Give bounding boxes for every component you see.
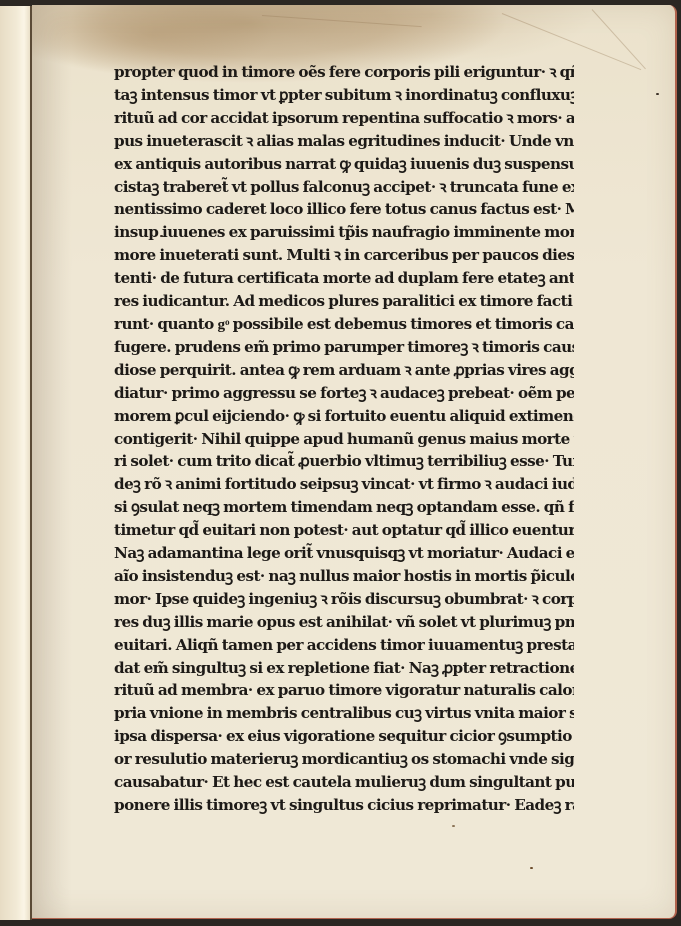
facing-page-edge <box>0 6 32 920</box>
text-line-20: si ꝯsulat neqꝫ mortem timendam neqꝫ opta… <box>114 496 574 519</box>
text-line-9: more inueterati sunt. Multi ꝛ in carceri… <box>114 244 574 267</box>
text-line-27: dat em̃ singultuꝫ si ex repletione fiat·… <box>114 657 574 680</box>
text-line-13: fugere. prudens em̃ primo parumper timor… <box>114 336 574 359</box>
text-line-8: insup iuuenes ex paruissimi tp̃is naufra… <box>114 221 574 244</box>
text-line-16: morem ꝑcul eijciendo· ꝙ si fortuito euen… <box>114 405 574 428</box>
text-line-2: taꝫ intensus timor vt ꝑpter subitum ꝛ in… <box>114 84 574 107</box>
text-line-19: deꝫ rõ ꝛ animi fortitudo seipsuꝫ vincat·… <box>114 473 574 496</box>
text-line-11: res iudicantur. Ad medicos plures parali… <box>114 290 574 313</box>
text-line-33: ponere illis timoreꝫ vt singultus cicius… <box>114 794 574 817</box>
text-line-14: diose perquirit. antea ꝙ rem arduam ꝛ an… <box>114 359 574 382</box>
text-line-26: euitari. Aliqñ tamen per accidens timor … <box>114 634 574 657</box>
text-line-1: propter quod in timore oẽs fere corporis… <box>114 61 574 84</box>
text-line-4: pus inueterascit ꝛ alias malas egritudin… <box>114 130 574 153</box>
text-line-15: diatur· primo aggressu se forteꝫ ꝛ audac… <box>114 382 574 405</box>
text-line-5: ex antiquis autoribus narrat ꝙ quidaꝫ iu… <box>114 153 574 176</box>
ink-speck <box>530 867 533 869</box>
text-line-10: tenti· de futura certificata morte ad du… <box>114 267 574 290</box>
text-line-29: pria vnione in membris centralibus cuꝫ v… <box>114 702 574 725</box>
body-text-column: propter quod in timore oẽs fere corporis… <box>114 61 574 817</box>
book-page: propter quod in timore oẽs fere corporis… <box>32 5 677 919</box>
text-line-28: rituũ ad membra· ex paruo timore vigorat… <box>114 679 574 702</box>
text-line-17: contigerit· Nihil quippe apud humanũ gen… <box>114 428 574 451</box>
ink-speck <box>656 93 659 95</box>
paper-crease <box>262 15 422 27</box>
text-line-7: nentissimo caderet loco illico fere totu… <box>114 198 574 221</box>
text-line-31: or resulutio materieruꝫ mordicantiuꝫ os … <box>114 748 574 771</box>
scan-background: propter quod in timore oẽs fere corporis… <box>0 0 681 926</box>
ink-speck <box>452 825 455 827</box>
text-line-12: runt· quanto gͦ possibile est debemus ti… <box>114 313 574 336</box>
text-line-32: causabatur· Et hec est cautela mulieruꝫ … <box>114 771 574 794</box>
text-line-25: res duꝫ illis marie opus est anihilat· v… <box>114 611 574 634</box>
text-line-30: ipsa dispersa· ex eius vigoratione sequi… <box>114 725 574 748</box>
text-line-3: rituũ ad cor accidat ipsorum repentina s… <box>114 107 574 130</box>
text-line-21: timetur qd̃ euitari non potest· aut opta… <box>114 519 574 542</box>
text-line-18: ri solet· cum trito dicat̃ ꝓuerbio vltim… <box>114 450 574 473</box>
text-line-6: cistaꝫ traberet̃ vt pollus falconuꝫ acci… <box>114 176 574 199</box>
text-line-24: mor· Ipse quideꝫ ingeniuꝫ ꝛ rõis discurs… <box>114 588 574 611</box>
text-line-23: aĩo insistenduꝫ est· naꝫ nullus maior ho… <box>114 565 574 588</box>
text-line-22: Naꝫ adamantina lege orit̃ vnusquisqꝫ vt … <box>114 542 574 565</box>
